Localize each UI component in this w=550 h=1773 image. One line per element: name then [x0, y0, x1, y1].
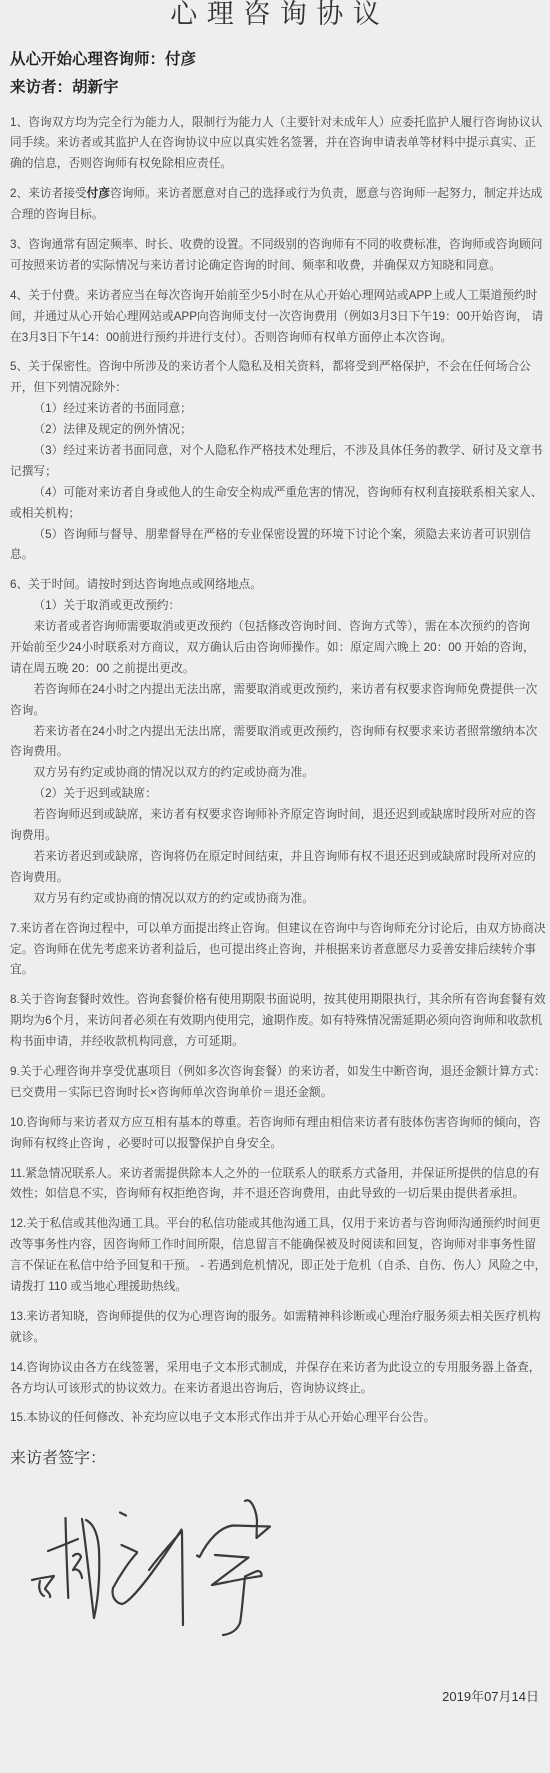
- clause-line: 5、关于保密性。咨询中所涉及的来访者个人隐私及相关资料，都将受到严格保护，不会在…: [10, 357, 542, 378]
- clause-line: 若咨询师迟到或缺席，来访者有权要求咨询师补齐原定咨询时间，退还迟到或缺席时段所对…: [10, 805, 542, 826]
- clause-line: 确的信息，否则咨询师有权免除相应责任。: [10, 154, 542, 175]
- clause-line: 7.来访者在咨询过程中，可以单方面提出终止咨询。但建议在咨询中与咨询师充分讨论后…: [10, 919, 542, 940]
- clause-15: 15.本协议的任何修改、补充均应以电子文本形式作出并于从心开始心理平台公告。: [10, 1408, 542, 1429]
- clause-line: 咨询。: [10, 701, 542, 722]
- clause-line: 或相关机构；: [10, 504, 542, 525]
- counselor-name-bold: 付彦: [87, 187, 110, 200]
- agreement-body: 1、咨询双方均为完全行为能力人，限制行为能力人（主要针对未成年人）应委托监护人履…: [10, 113, 542, 1439]
- signature-label: 来访者签字：: [10, 1447, 106, 1471]
- clause-line: 宜。: [10, 960, 542, 981]
- clause-line: 15.本协议的任何修改、补充均应以电子文本形式作出并于从心开始心理平台公告。: [10, 1408, 542, 1429]
- clause-line: 若来访者在24小时之内提出无法出席，需要取消或更改预约，咨询师有权要求来访者照常…: [10, 722, 542, 743]
- clause-line: 请在周五晚 20：00 之前提出更改。: [10, 659, 542, 680]
- sub-heading-line: （2）关于迟到或缺席：: [10, 784, 542, 805]
- clause-line: 双方另有约定或协商的情况以双方的约定或协商为准。: [10, 763, 542, 784]
- clause-line: 请拨打 110 或当地心理援助热线。: [10, 1277, 542, 1298]
- clause-line: 咨询费用。: [10, 868, 542, 889]
- clause-line: 8.关于咨询套餐时效性。咨询套餐价格有使用期限书面说明，按其使用期限执行，其余所…: [10, 990, 542, 1011]
- counselor-label: 从心开始心理咨询师：付彦: [10, 46, 196, 74]
- clause-line: 各方均认可该形式的协议效力。在来访者退出咨询后，咨询协议终止。: [10, 1379, 542, 1400]
- handwritten-signature: [0, 1480, 300, 1650]
- clause-line: 若来访者迟到或缺席，咨询将仍在原定时间结束，并且咨询师有权不退还迟到或缺席时段所…: [10, 847, 542, 868]
- clause-line: 合理的咨询目标。: [10, 205, 542, 226]
- clause-line: 改等事务性内容，因咨询师工作时间所限，信息留言不能确保被及时阅读和回复，咨询师对…: [10, 1235, 542, 1256]
- clause-line: 就诊。: [10, 1328, 542, 1349]
- clause-line: 双方另有约定或协商的情况以双方的约定或协商为准。: [10, 889, 542, 910]
- clause-line: 4、关于付费。来访者应当在每次咨询开始前至少5小时在从心开始心理网站或APP上或…: [10, 286, 542, 307]
- clause-line: 开，但下列情况除外：: [10, 378, 542, 399]
- clause-line: 来访者或者咨询师需要取消或更改预约（包括修改咨询时间、咨询方式等），需在本次预约…: [10, 617, 542, 638]
- clause-text: 咨询师。来访者愿意对自己的选择或行为负责，愿意与咨询师一起努力，制定并达成: [110, 187, 542, 200]
- clause-line: 10.咨询师与来访者双方应互相有基本的尊重。若咨询师有理由相信来访者有肢体伤害咨…: [10, 1113, 542, 1134]
- client-label: 来访者：胡新宇: [10, 74, 119, 102]
- clause-line: 同手续。来访者或其监护人在咨询协议中应以真实姓名签署，并在咨询申请表单等材料中提…: [10, 133, 542, 154]
- clause-2: 2、来访者接受付彦咨询师。来访者愿意对自己的选择或行为负责，愿意与咨询师一起努力…: [10, 184, 542, 226]
- clause-line: 14.咨询协议由各方在线签署，采用电子文本形式制成，并保存在来访者为此设立的专用…: [10, 1358, 542, 1379]
- clause-12: 12.关于私信或其他沟通工具。平台的私信功能或其他沟通工具，仅用于来访者与咨询师…: [10, 1214, 542, 1298]
- clause-7: 7.来访者在咨询过程中，可以单方面提出终止咨询。但建议在咨询中与咨询师充分讨论后…: [10, 919, 542, 982]
- clause-line: 可按照来访者的实际情况与来访者讨论确定咨询的时间、频率和收费，并确保双方知晓和同…: [10, 256, 542, 277]
- clause-line: 3、咨询通常有固定频率、时长、收费的设置。不同级别的咨询师有不同的收费标准，咨询…: [10, 235, 542, 256]
- clause-line: 询费用。: [10, 826, 542, 847]
- clause-line: 记撰写；: [10, 462, 542, 483]
- clause-5: 5、关于保密性。咨询中所涉及的来访者个人隐私及相关资料，都将受到严格保护，不会在…: [10, 357, 542, 566]
- clause-line: 在3月3日下午14：00前进行预约并进行支付）。否则咨询师有权单方面停止本次咨询…: [10, 328, 542, 349]
- clause-line: 13.来访者知晓，咨询师提供的仅为心理咨询的服务。如需精神科诊断或心理治疗服务须…: [10, 1307, 542, 1328]
- sub-item-line: （5）咨询师与督导、朋辈督导在严格的专业保密设置的环境下讨论个案，须隐去来访者可…: [10, 525, 542, 546]
- clause-line: 12.关于私信或其他沟通工具。平台的私信功能或其他沟通工具，仅用于来访者与咨询师…: [10, 1214, 542, 1235]
- clause-line: 构书面申请，并经收款机构同意，方可延期。: [10, 1032, 542, 1053]
- clause-3: 3、咨询通常有固定频率、时长、收费的设置。不同级别的咨询师有不同的收费标准，咨询…: [10, 235, 542, 277]
- clause-line: 6、关于时间。请按时到达咨询地点或网络地点。: [10, 575, 542, 596]
- clause-line: 开始前至少24小时联系对方商议，双方确认后由咨询师操作。如：原定周六晚上 20：…: [10, 638, 542, 659]
- clause-line: 询师有权终止咨询 ，必要时可以报警保护自身安全。: [10, 1134, 542, 1155]
- clause-line: 9.关于心理咨询并享受优惠项目（例如多次咨询套餐）的来访者，如发生中断咨询，退还…: [10, 1062, 542, 1083]
- clause-line: 言不保证在私信中给予回复和干预。 - 若遇到危机情况，即正处于危机（自杀、自伤、…: [10, 1256, 542, 1277]
- clause-line: 咨询费用。: [10, 742, 542, 763]
- clause-line: 间，并通过从心开始心理网站或APP向咨询师支付一次咨询费用（例如3月3日下午19…: [10, 307, 542, 328]
- clause-11: 11.紧急情况联系人。来访者需提供除本人之外的一位联系人的联系方式备用，并保证所…: [10, 1164, 542, 1206]
- sub-item-line: （4）可能对来访者自身或他人的生命安全构成严重危害的情况，咨询师有权利直接联系相…: [10, 483, 542, 504]
- sub-item-line: （1）经过来访者的书面同意；: [10, 399, 542, 420]
- clause-line: 已交费用－实际已咨询时长×咨询师单次咨询单价＝退还金额。: [10, 1083, 542, 1104]
- clause-line: 1、咨询双方均为完全行为能力人，限制行为能力人（主要针对未成年人）应委托监护人履…: [10, 113, 542, 134]
- clause-4: 4、关于付费。来访者应当在每次咨询开始前至少5小时在从心开始心理网站或APP上或…: [10, 286, 542, 349]
- clause-line: 2、来访者接受付彦咨询师。来访者愿意对自己的选择或行为负责，愿意与咨询师一起努力…: [10, 184, 542, 205]
- sub-heading-line: （1）关于取消或更改预约：: [10, 596, 542, 617]
- document-title: 心理咨询协议: [0, 0, 550, 29]
- clause-line: 息。: [10, 545, 542, 566]
- clause-1: 1、咨询双方均为完全行为能力人，限制行为能力人（主要针对未成年人）应委托监护人履…: [10, 113, 542, 176]
- clause-6: 6、关于时间。请按时到达咨询地点或网络地点。 （1）关于取消或更改预约： 来访者…: [10, 575, 542, 909]
- clause-9: 9.关于心理咨询并享受优惠项目（例如多次咨询套餐）的来访者，如发生中断咨询，退还…: [10, 1062, 542, 1104]
- clause-line: 11.紧急情况联系人。来访者需提供除本人之外的一位联系人的联系方式备用，并保证所…: [10, 1164, 542, 1185]
- clause-10: 10.咨询师与来访者双方应互相有基本的尊重。若咨询师有理由相信来访者有肢体伤害咨…: [10, 1113, 542, 1155]
- clause-line: 定。咨询师在优先考虑来访者利益后，也可提出终止咨询，并根据来访者意愿尽力妥善安排…: [10, 940, 542, 961]
- clause-line: 若咨询师在24小时之内提出无法出席，需要取消或更改预约，来访者有权要求咨询师免费…: [10, 680, 542, 701]
- clause-line: 期均为6个月，来访问者必须在有效期内使用完，逾期作废。如有特殊情况需延期必须向咨…: [10, 1011, 542, 1032]
- sub-item-line: （3）经过来访者书面同意，对个人隐私作严格技术处理后，不涉及具体任务的教学、研讨…: [10, 441, 542, 462]
- clause-text: 2、来访者接受: [10, 187, 87, 200]
- clause-line: 效性；如信息不实，咨询师有权拒绝咨询，并不退还咨询费用，由此导致的一切后果由提供…: [10, 1184, 542, 1205]
- clause-14: 14.咨询协议由各方在线签署，采用电子文本形式制成，并保存在来访者为此设立的专用…: [10, 1358, 542, 1400]
- signature-date: 2019年07月14日: [442, 1688, 539, 1706]
- sub-item-line: （2）法律及规定的例外情况；: [10, 420, 542, 441]
- clause-13: 13.来访者知晓，咨询师提供的仅为心理咨询的服务。如需精神科诊断或心理治疗服务须…: [10, 1307, 542, 1349]
- clause-8: 8.关于咨询套餐时效性。咨询套餐价格有使用期限书面说明，按其使用期限执行，其余所…: [10, 990, 542, 1053]
